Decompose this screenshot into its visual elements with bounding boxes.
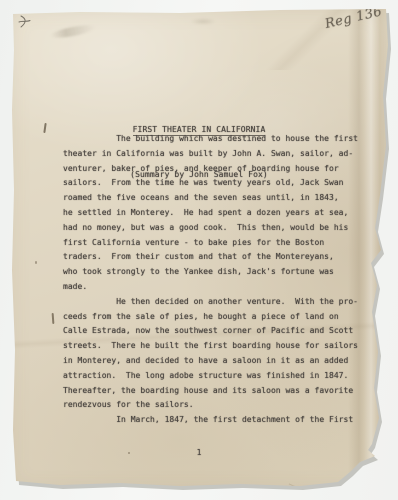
typed-line: sailors. From the time he was twenty yea… — [63, 176, 358, 191]
document-page: Reg 136 FIRST THEATER IN CALIFORNIA (Sum… — [0, 0, 398, 500]
paper-speck — [52, 313, 55, 324]
pencil-check-mark — [18, 14, 32, 30]
paper-speck — [128, 452, 130, 454]
typed-line: traders. From their custom and that of t… — [63, 250, 358, 265]
typed-line: had no money, but was a good cook. This … — [63, 221, 358, 236]
typed-line: Calle Estrada, now the southwest corner … — [63, 324, 358, 339]
typed-line: first California venture - to bake pies … — [63, 236, 358, 251]
typed-line: Thereafter, the boarding house and its s… — [63, 384, 358, 399]
typed-line: The building which was destined to house… — [63, 132, 358, 147]
pencil-smudge — [50, 23, 97, 41]
paper-speck — [35, 261, 37, 264]
pencil-smudge — [190, 18, 216, 25]
typed-line: made. — [63, 280, 358, 295]
typed-line: venturer, baker of pies, and keeper of b… — [63, 162, 358, 177]
typed-line: ceeds from the sale of pies, he bought a… — [63, 310, 358, 325]
typed-line: theater in California was built by John … — [63, 147, 358, 162]
typed-line: attraction. The long adobe structure was… — [63, 369, 358, 384]
page-number: 1 — [0, 448, 398, 457]
typed-line: in Monterey, and decided to have a saloo… — [63, 354, 358, 369]
document-body: The building which was destined to house… — [63, 132, 358, 428]
typed-line: roamed the five oceans and the seven sea… — [63, 191, 358, 206]
typed-line: He then decided on another venture. With… — [63, 295, 358, 310]
typed-line: In March, 1847, the first detachment of … — [63, 413, 358, 428]
typed-line: streets. There he built the first boardi… — [63, 339, 358, 354]
typed-line: who took strongly to the Yankee dish, Ja… — [63, 265, 358, 280]
handwritten-registration-number: Reg 136 — [324, 4, 384, 32]
typed-line: he settled in Monterey. He had spent a d… — [63, 206, 358, 221]
typed-line: rendezvous for the sailors. — [63, 398, 358, 413]
scan-background: Reg 136 FIRST THEATER IN CALIFORNIA (Sum… — [0, 0, 398, 500]
